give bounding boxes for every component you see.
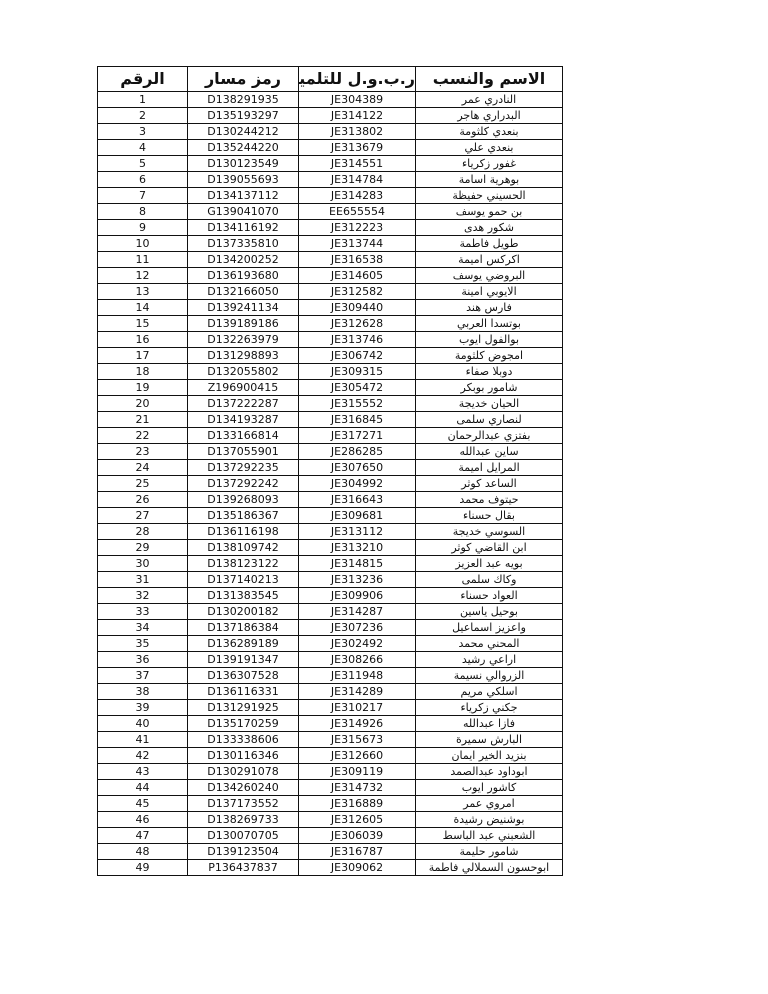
- cell-name: اكركس اميمة: [416, 252, 563, 268]
- cell-name: حيتوف محمد: [416, 492, 563, 508]
- cell-name: امجوض كلثومة: [416, 348, 563, 364]
- cell-name: جكني زكرياء: [416, 700, 563, 716]
- cell-number: 48: [98, 844, 188, 860]
- table-row: العواد حسناءJE309906D13138354532: [98, 588, 563, 604]
- cell-number: 37: [98, 668, 188, 684]
- table-row: حيتوف محمدJE316643D13926809326: [98, 492, 563, 508]
- cell-massar-code: D136289189: [188, 636, 299, 652]
- cell-student-id: JE312223: [299, 220, 416, 236]
- cell-name: الايوبي امينة: [416, 284, 563, 300]
- cell-name: المحني محمد: [416, 636, 563, 652]
- cell-number: 29: [98, 540, 188, 556]
- cell-massar-code: D135186367: [188, 508, 299, 524]
- table-row: البروضي يوسفJE314605D13619368012: [98, 268, 563, 284]
- cell-massar-code: D131383545: [188, 588, 299, 604]
- table-row: واعزيز اسماعيلJE307236D13718638434: [98, 620, 563, 636]
- cell-number: 9: [98, 220, 188, 236]
- cell-name: فازا عبدالله: [416, 716, 563, 732]
- cell-name: الشعبني عبد الباسط: [416, 828, 563, 844]
- cell-name: الساعد كوثر: [416, 476, 563, 492]
- table-row: بقال حسناءJE309681D13518636727: [98, 508, 563, 524]
- cell-name: غفور زكرياء: [416, 156, 563, 172]
- cell-number: 36: [98, 652, 188, 668]
- cell-name: البدراري هاجر: [416, 108, 563, 124]
- table-row: بنعدي عليJE313679D1352442204: [98, 140, 563, 156]
- cell-massar-code: D132263979: [188, 332, 299, 348]
- table-row: بوشنيض رشيدةJE312605D13826973346: [98, 812, 563, 828]
- cell-name: شامور حليمة: [416, 844, 563, 860]
- cell-number: 49: [98, 860, 188, 876]
- cell-student-id: JE314784: [299, 172, 416, 188]
- table-row: ابوحسون السملالي فاطمةJE309062P136437837…: [98, 860, 563, 876]
- cell-number: 23: [98, 444, 188, 460]
- cell-number: 43: [98, 764, 188, 780]
- cell-student-id: JE312605: [299, 812, 416, 828]
- table-row: الحسيني حفيظةJE314283D1341371127: [98, 188, 563, 204]
- table-row: كاشور ايوبJE314732D13426024044: [98, 780, 563, 796]
- table-row: بوتسدا العربيJE312628D13918918615: [98, 316, 563, 332]
- cell-name: البروضي يوسف: [416, 268, 563, 284]
- cell-massar-code: D139268093: [188, 492, 299, 508]
- cell-name: امروي عمر: [416, 796, 563, 812]
- cell-name: اراعي رشيد: [416, 652, 563, 668]
- cell-massar-code: D135193297: [188, 108, 299, 124]
- cell-number: 17: [98, 348, 188, 364]
- cell-number: 33: [98, 604, 188, 620]
- cell-student-id: JE314551: [299, 156, 416, 172]
- cell-student-id: JE309681: [299, 508, 416, 524]
- cell-massar-code: D139241134: [188, 300, 299, 316]
- cell-number: 20: [98, 396, 188, 412]
- cell-student-id: JE313236: [299, 572, 416, 588]
- cell-massar-code: D136307528: [188, 668, 299, 684]
- cell-number: 24: [98, 460, 188, 476]
- table-row: ساين عبداللهJE286285D13705590123: [98, 444, 563, 460]
- table-row: اكركس اميمةJE316538D13420025211: [98, 252, 563, 268]
- cell-massar-code: D130291078: [188, 764, 299, 780]
- cell-student-id: JE315552: [299, 396, 416, 412]
- cell-number: 1: [98, 92, 188, 108]
- cell-name: فارس هند: [416, 300, 563, 316]
- table-row: السوسي خديجةJE313112D13611619828: [98, 524, 563, 540]
- cell-number: 25: [98, 476, 188, 492]
- cell-number: 22: [98, 428, 188, 444]
- cell-number: 19: [98, 380, 188, 396]
- cell-massar-code: D138109742: [188, 540, 299, 556]
- cell-student-id: JE304992: [299, 476, 416, 492]
- table-row: فارس هندJE309440D13924113414: [98, 300, 563, 316]
- cell-number: 8: [98, 204, 188, 220]
- cell-number: 32: [98, 588, 188, 604]
- cell-number: 26: [98, 492, 188, 508]
- table-row: وكاك سلمىJE313236D13714021331: [98, 572, 563, 588]
- cell-name: البارش سميرة: [416, 732, 563, 748]
- cell-number: 14: [98, 300, 188, 316]
- cell-number: 31: [98, 572, 188, 588]
- cell-massar-code: D137222287: [188, 396, 299, 412]
- cell-massar-code: D130116346: [188, 748, 299, 764]
- cell-student-id: JE307650: [299, 460, 416, 476]
- table-row: البارش سميرةJE315673D13333860641: [98, 732, 563, 748]
- cell-number: 16: [98, 332, 188, 348]
- cell-massar-code: Z196900415: [188, 380, 299, 396]
- table-row: فازا عبداللهJE314926D13517025940: [98, 716, 563, 732]
- table-row: دوبلا صفاءJE309315D13205580218: [98, 364, 563, 380]
- table-row: شامور بوبكرJE305472Z19690041519: [98, 380, 563, 396]
- cell-name: بفتزي عبدالرحمان: [416, 428, 563, 444]
- cell-number: 35: [98, 636, 188, 652]
- cell-massar-code: D136116331: [188, 684, 299, 700]
- cell-student-id: JE314283: [299, 188, 416, 204]
- cell-student-id: JE313210: [299, 540, 416, 556]
- cell-number: 45: [98, 796, 188, 812]
- cell-student-id: JE312660: [299, 748, 416, 764]
- cell-student-id: JE313744: [299, 236, 416, 252]
- table-row: جكني زكرياءJE310217D13129192539: [98, 700, 563, 716]
- cell-number: 42: [98, 748, 188, 764]
- cell-student-id: JE317271: [299, 428, 416, 444]
- table-row: بوالفول ايوبJE313746D13226397916: [98, 332, 563, 348]
- table-row: ابوداود عبدالصمدJE309119D13029107843: [98, 764, 563, 780]
- cell-student-id: JE314926: [299, 716, 416, 732]
- cell-number: 41: [98, 732, 188, 748]
- cell-number: 44: [98, 780, 188, 796]
- cell-student-id: JE316845: [299, 412, 416, 428]
- cell-number: 39: [98, 700, 188, 716]
- table-row: بوحيل ياسينJE314287D13020018233: [98, 604, 563, 620]
- cell-massar-code: D131298893: [188, 348, 299, 364]
- cell-name: ابوداود عبدالصمد: [416, 764, 563, 780]
- student-roster-table: الاسم والنسب ر.ب.و.ل للتلميد رمز مسار ال…: [97, 66, 563, 876]
- cell-name: اسلكي مريم: [416, 684, 563, 700]
- cell-student-id: JE316643: [299, 492, 416, 508]
- cell-number: 40: [98, 716, 188, 732]
- cell-massar-code: D135170259: [188, 716, 299, 732]
- cell-number: 15: [98, 316, 188, 332]
- table-row: اراعي رشيدJE308266D13919134736: [98, 652, 563, 668]
- cell-number: 3: [98, 124, 188, 140]
- cell-student-id: JE314605: [299, 268, 416, 284]
- cell-massar-code: D137335810: [188, 236, 299, 252]
- cell-name: العواد حسناء: [416, 588, 563, 604]
- cell-massar-code: D131291925: [188, 700, 299, 716]
- cell-number: 10: [98, 236, 188, 252]
- header-massar-code: رمز مسار: [188, 67, 299, 92]
- cell-student-id: JE313802: [299, 124, 416, 140]
- cell-student-id: JE304389: [299, 92, 416, 108]
- cell-massar-code: D138269733: [188, 812, 299, 828]
- cell-student-id: JE309315: [299, 364, 416, 380]
- cell-massar-code: D137292242: [188, 476, 299, 492]
- cell-name: دوبلا صفاء: [416, 364, 563, 380]
- cell-number: 21: [98, 412, 188, 428]
- cell-massar-code: D135244220: [188, 140, 299, 156]
- table-row: الزروالي نسيمةJE311948D13630752837: [98, 668, 563, 684]
- cell-student-id: JE314287: [299, 604, 416, 620]
- cell-number: 2: [98, 108, 188, 124]
- cell-name: وكاك سلمى: [416, 572, 563, 588]
- cell-massar-code: D136193680: [188, 268, 299, 284]
- table-row: طويل فاطمةJE313744D13733581010: [98, 236, 563, 252]
- cell-massar-code: D133338606: [188, 732, 299, 748]
- cell-massar-code: D130244212: [188, 124, 299, 140]
- table-row: بويه عبد العزيزJE314815D13812312230: [98, 556, 563, 572]
- cell-name: بنعدي كلثومة: [416, 124, 563, 140]
- document-page: الاسم والنسب ر.ب.و.ل للتلميد رمز مسار ال…: [0, 0, 768, 994]
- table-row: بوهرية اسامةJE314784D1390556936: [98, 172, 563, 188]
- cell-name: بوتسدا العربي: [416, 316, 563, 332]
- cell-name: واعزيز اسماعيل: [416, 620, 563, 636]
- header-student-id: ر.ب.و.ل للتلميد: [299, 67, 416, 92]
- cell-number: 28: [98, 524, 188, 540]
- table-row: ابن القاضي كوثرJE313210D13810974229: [98, 540, 563, 556]
- cell-massar-code: D137173552: [188, 796, 299, 812]
- table-row: النادري عمرJE304389D1382919351: [98, 92, 563, 108]
- cell-name: شكور هدى: [416, 220, 563, 236]
- table-row: شكور هدىJE312223D1341161929: [98, 220, 563, 236]
- cell-number: 12: [98, 268, 188, 284]
- cell-name: بن حمو يوسف: [416, 204, 563, 220]
- table-row: البدراري هاجرJE314122D1351932972: [98, 108, 563, 124]
- cell-massar-code: D133166814: [188, 428, 299, 444]
- cell-student-id: JE314289: [299, 684, 416, 700]
- cell-massar-code: D137292235: [188, 460, 299, 476]
- cell-name: بوشنيض رشيدة: [416, 812, 563, 828]
- cell-student-id: JE309440: [299, 300, 416, 316]
- cell-name: ابوحسون السملالي فاطمة: [416, 860, 563, 876]
- header-number: الرقم: [98, 67, 188, 92]
- cell-student-id: JE316538: [299, 252, 416, 268]
- cell-name: شامور بوبكر: [416, 380, 563, 396]
- cell-student-id: JE315673: [299, 732, 416, 748]
- cell-name: الحيان خديجة: [416, 396, 563, 412]
- cell-massar-code: D139191347: [188, 652, 299, 668]
- cell-student-id: JE305472: [299, 380, 416, 396]
- cell-student-id: JE309119: [299, 764, 416, 780]
- cell-massar-code: D134260240: [188, 780, 299, 796]
- table-row: الحيان خديجةJE315552D13722228720: [98, 396, 563, 412]
- table-row: شامور حليمةJE316787D13912350448: [98, 844, 563, 860]
- cell-number: 5: [98, 156, 188, 172]
- table-row: المحني محمدJE302492D13628918935: [98, 636, 563, 652]
- cell-student-id: JE309906: [299, 588, 416, 604]
- cell-massar-code: D138123122: [188, 556, 299, 572]
- cell-name: بوحيل ياسين: [416, 604, 563, 620]
- cell-student-id: JE309062: [299, 860, 416, 876]
- cell-student-id: JE306039: [299, 828, 416, 844]
- table-row: بن حمو يوسفEE655554G1390410708: [98, 204, 563, 220]
- cell-name: ابن القاضي كوثر: [416, 540, 563, 556]
- cell-number: 4: [98, 140, 188, 156]
- cell-name: بوالفول ايوب: [416, 332, 563, 348]
- cell-name: بوهرية اسامة: [416, 172, 563, 188]
- cell-student-id: JE286285: [299, 444, 416, 460]
- cell-number: 46: [98, 812, 188, 828]
- cell-student-id: JE313746: [299, 332, 416, 348]
- cell-name: الزروالي نسيمة: [416, 668, 563, 684]
- table-header-row: الاسم والنسب ر.ب.و.ل للتلميد رمز مسار ال…: [98, 67, 563, 92]
- table-row: بنعدي كلثومةJE313802D1302442123: [98, 124, 563, 140]
- cell-number: 18: [98, 364, 188, 380]
- table-row: اسلكي مريمJE314289D13611633138: [98, 684, 563, 700]
- cell-student-id: JE313679: [299, 140, 416, 156]
- cell-massar-code: G139041070: [188, 204, 299, 220]
- cell-massar-code: D134193287: [188, 412, 299, 428]
- cell-name: لنصاري سلمى: [416, 412, 563, 428]
- table-row: امروي عمرJE316889D13717355245: [98, 796, 563, 812]
- cell-name: النادري عمر: [416, 92, 563, 108]
- cell-student-id: JE314122: [299, 108, 416, 124]
- cell-name: السوسي خديجة: [416, 524, 563, 540]
- cell-number: 13: [98, 284, 188, 300]
- cell-student-id: EE655554: [299, 204, 416, 220]
- cell-massar-code: D139189186: [188, 316, 299, 332]
- cell-massar-code: D130070705: [188, 828, 299, 844]
- cell-number: 47: [98, 828, 188, 844]
- cell-student-id: JE316787: [299, 844, 416, 860]
- table-row: امجوض كلثومةJE306742D13129889317: [98, 348, 563, 364]
- cell-name: بويه عبد العزيز: [416, 556, 563, 572]
- table-row: المرايل اميمةJE307650D13729223524: [98, 460, 563, 476]
- cell-massar-code: D136116198: [188, 524, 299, 540]
- cell-name: المرايل اميمة: [416, 460, 563, 476]
- cell-massar-code: D139123504: [188, 844, 299, 860]
- cell-massar-code: D137055901: [188, 444, 299, 460]
- cell-massar-code: D134116192: [188, 220, 299, 236]
- cell-massar-code: D138291935: [188, 92, 299, 108]
- cell-name: كاشور ايوب: [416, 780, 563, 796]
- cell-name: الحسيني حفيظة: [416, 188, 563, 204]
- cell-massar-code: D134137112: [188, 188, 299, 204]
- cell-number: 30: [98, 556, 188, 572]
- cell-student-id: JE302492: [299, 636, 416, 652]
- cell-massar-code: D130200182: [188, 604, 299, 620]
- cell-student-id: JE312628: [299, 316, 416, 332]
- cell-massar-code: D130123549: [188, 156, 299, 172]
- cell-student-id: JE314732: [299, 780, 416, 796]
- table-row: الساعد كوثرJE304992D13729224225: [98, 476, 563, 492]
- cell-number: 38: [98, 684, 188, 700]
- cell-number: 27: [98, 508, 188, 524]
- cell-number: 34: [98, 620, 188, 636]
- cell-name: بنزيد الخير ايمان: [416, 748, 563, 764]
- cell-student-id: JE310217: [299, 700, 416, 716]
- cell-student-id: JE307236: [299, 620, 416, 636]
- cell-student-id: JE316889: [299, 796, 416, 812]
- cell-student-id: JE308266: [299, 652, 416, 668]
- header-name: الاسم والنسب: [416, 67, 563, 92]
- cell-massar-code: D132166050: [188, 284, 299, 300]
- cell-student-id: JE313112: [299, 524, 416, 540]
- cell-student-id: JE311948: [299, 668, 416, 684]
- cell-student-id: JE312582: [299, 284, 416, 300]
- cell-number: 6: [98, 172, 188, 188]
- cell-name: ساين عبدالله: [416, 444, 563, 460]
- cell-massar-code: D139055693: [188, 172, 299, 188]
- cell-massar-code: D132055802: [188, 364, 299, 380]
- cell-student-id: JE306742: [299, 348, 416, 364]
- table-row: الايوبي امينةJE312582D13216605013: [98, 284, 563, 300]
- table-row: الشعبني عبد الباسطJE306039D13007070547: [98, 828, 563, 844]
- cell-student-id: JE314815: [299, 556, 416, 572]
- table-body: النادري عمرJE304389D1382919351البدراري ه…: [98, 92, 563, 876]
- cell-massar-code: P136437837: [188, 860, 299, 876]
- cell-massar-code: D137140213: [188, 572, 299, 588]
- table-row: لنصاري سلمىJE316845D13419328721: [98, 412, 563, 428]
- cell-number: 7: [98, 188, 188, 204]
- table-row: بفتزي عبدالرحمانJE317271D13316681422: [98, 428, 563, 444]
- cell-name: طويل فاطمة: [416, 236, 563, 252]
- table-row: بنزيد الخير ايمانJE312660D13011634642: [98, 748, 563, 764]
- cell-massar-code: D137186384: [188, 620, 299, 636]
- table-row: غفور زكرياءJE314551D1301235495: [98, 156, 563, 172]
- cell-number: 11: [98, 252, 188, 268]
- cell-name: بقال حسناء: [416, 508, 563, 524]
- cell-massar-code: D134200252: [188, 252, 299, 268]
- cell-name: بنعدي علي: [416, 140, 563, 156]
